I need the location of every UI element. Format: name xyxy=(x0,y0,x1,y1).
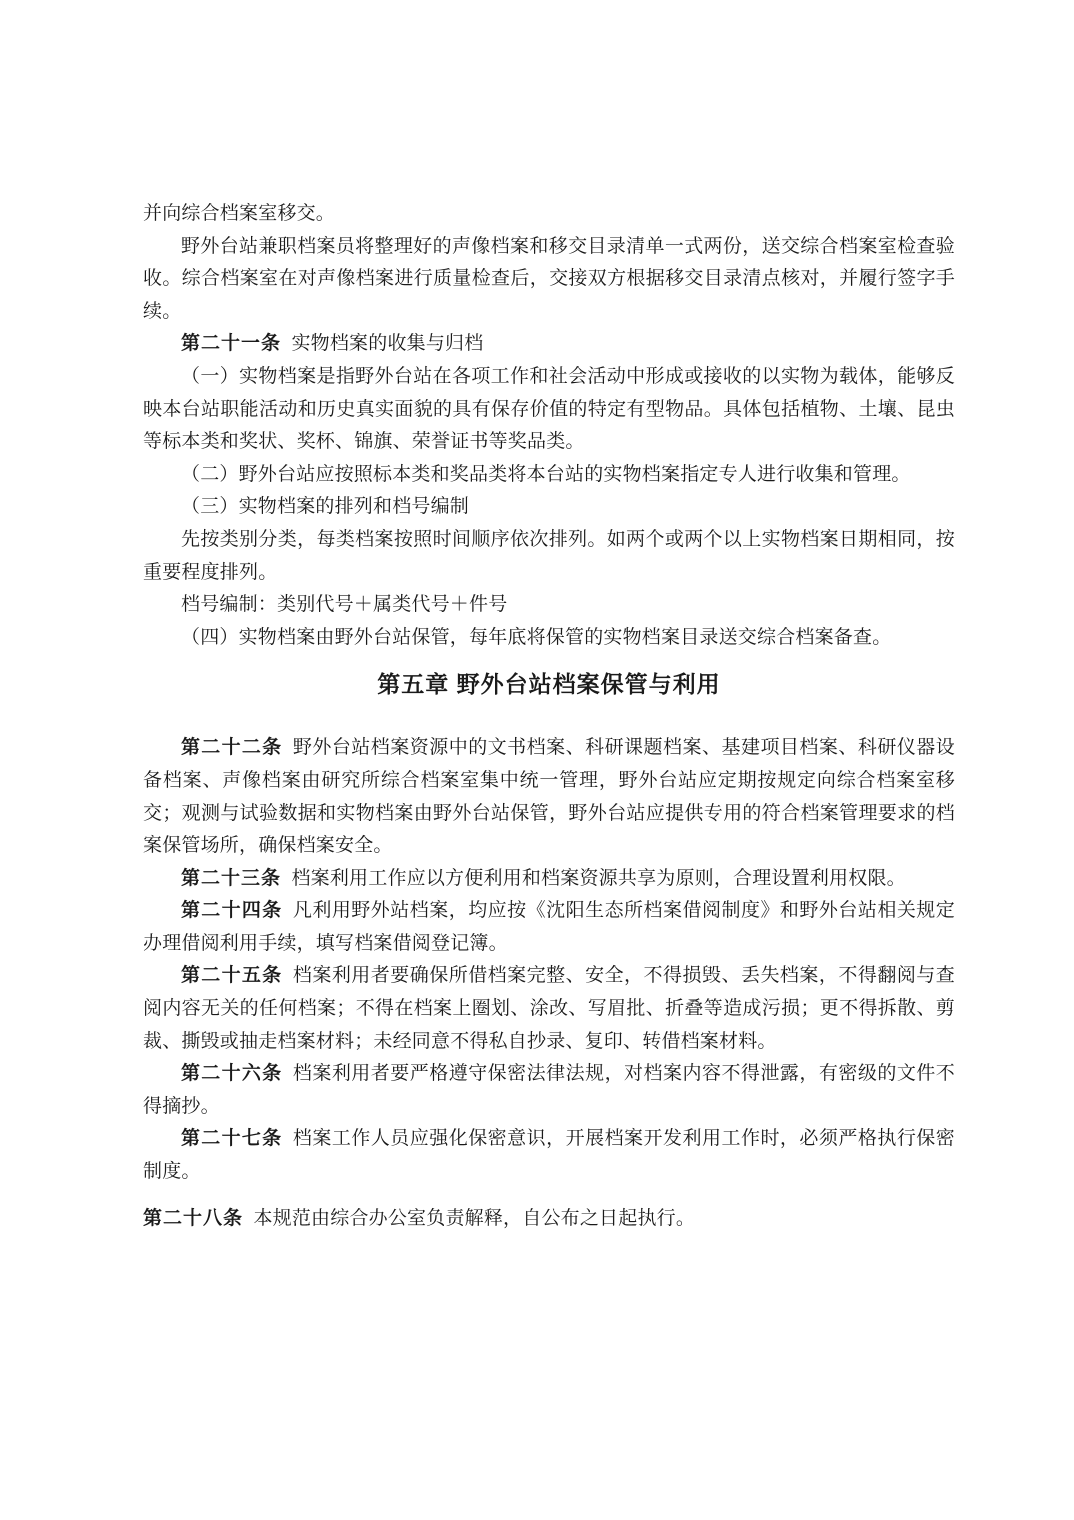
body-paragraph: （四）实物档案由野外台站保管，每年底将保管的实物档案目录送交综合档案备查。 xyxy=(143,622,955,655)
paragraph-text: 野外台站兼职档案员将整理好的声像档案和移交目录清单一式两份，送交综合档案室检查验… xyxy=(143,236,955,322)
article-paragraph: 第二十六条档案利用者要严格遵守保密法律法规，对档案内容不得泄露，有密级的文件不得… xyxy=(143,1058,955,1123)
article-paragraph: 第二十二条野外台站档案资源中的文书档案、科研课题档案、基建项目档案、科研仪器设备… xyxy=(143,732,955,862)
paragraph-text: 档号编制：类别代号＋属类代号＋件号 xyxy=(181,594,507,615)
paragraph-text: （二）野外台站应按照标本类和奖品类将本台站的实物档案指定专人进行收集和管理。 xyxy=(181,464,911,485)
article-number: 第二十七条 xyxy=(181,1128,282,1149)
article-paragraph: 第二十五条档案利用者要确保所借档案完整、安全，不得损毁、丢失档案，不得翻阅与查阅… xyxy=(143,960,955,1058)
paragraph-text: （四）实物档案由野外台站保管，每年底将保管的实物档案目录送交综合档案备查。 xyxy=(181,627,891,648)
paragraph-text: （一）实物档案是指野外台站在各项工作和社会活动中形成或接收的以实物为载体，能够反… xyxy=(143,366,955,452)
article-number: 第二十三条 xyxy=(181,868,281,889)
document-page: 并向综合档案室移交。野外台站兼职档案员将整理好的声像档案和移交目录清单一式两份，… xyxy=(0,0,1074,1520)
article-paragraph: 第二十一条实物档案的收集与归档 xyxy=(143,328,955,361)
article-number: 第二十五条 xyxy=(181,965,282,986)
article-number: 第二十六条 xyxy=(181,1063,282,1084)
article-paragraph: 第二十八条本规范由综合办公室负责解释，自公布之日起执行。 xyxy=(143,1203,955,1236)
paragraph-text: （三）实物档案的排列和档号编制 xyxy=(181,496,469,517)
article-paragraph: 第二十七条档案工作人员应强化保密意识，开展档案开发利用工作时，必须严格执行保密制… xyxy=(143,1123,955,1188)
article-number: 第二十四条 xyxy=(181,900,282,921)
paragraph-text: 实物档案的收集与归档 xyxy=(291,333,483,354)
article-number: 第二十八条 xyxy=(143,1208,243,1229)
paragraph-text: 先按类别分类，每类档案按照时间顺序依次排列。如两个或两个以上实物档案日期相同，按… xyxy=(143,529,955,583)
article-number: 第二十二条 xyxy=(181,737,282,758)
article-number: 第二十一条 xyxy=(181,333,281,354)
body-paragraph: 先按类别分类，每类档案按照时间顺序依次排列。如两个或两个以上实物档案日期相同，按… xyxy=(143,524,955,589)
body-paragraph: （三）实物档案的排列和档号编制 xyxy=(143,491,955,524)
paragraph-text: 并向综合档案室移交。 xyxy=(143,203,335,224)
paragraph-text: 档案利用工作应以方便利用和档案资源共享为原则，合理设置利用权限。 xyxy=(291,868,905,889)
body-paragraph: 野外台站兼职档案员将整理好的声像档案和移交目录清单一式两份，送交综合档案室检查验… xyxy=(143,231,955,329)
paragraph-text: 本规范由综合办公室负责解释，自公布之日起执行。 xyxy=(253,1208,695,1229)
document-content: 并向综合档案室移交。野外台站兼职档案员将整理好的声像档案和移交目录清单一式两份，… xyxy=(143,198,955,1235)
body-paragraph: （一）实物档案是指野外台站在各项工作和社会活动中形成或接收的以实物为载体，能够反… xyxy=(143,361,955,459)
body-paragraph: 档号编制：类别代号＋属类代号＋件号 xyxy=(143,589,955,622)
article-paragraph: 第二十四条凡利用野外站档案，均应按《沈阳生态所档案借阅制度》和野外台站相关规定办… xyxy=(143,895,955,960)
article-paragraph: 第二十三条档案利用工作应以方便利用和档案资源共享为原则，合理设置利用权限。 xyxy=(143,863,955,896)
body-paragraph: 并向综合档案室移交。 xyxy=(143,198,955,231)
body-paragraph: （二）野外台站应按照标本类和奖品类将本台站的实物档案指定专人进行收集和管理。 xyxy=(143,459,955,492)
chapter-heading: 第五章 野外台站档案保管与利用 xyxy=(143,666,955,702)
